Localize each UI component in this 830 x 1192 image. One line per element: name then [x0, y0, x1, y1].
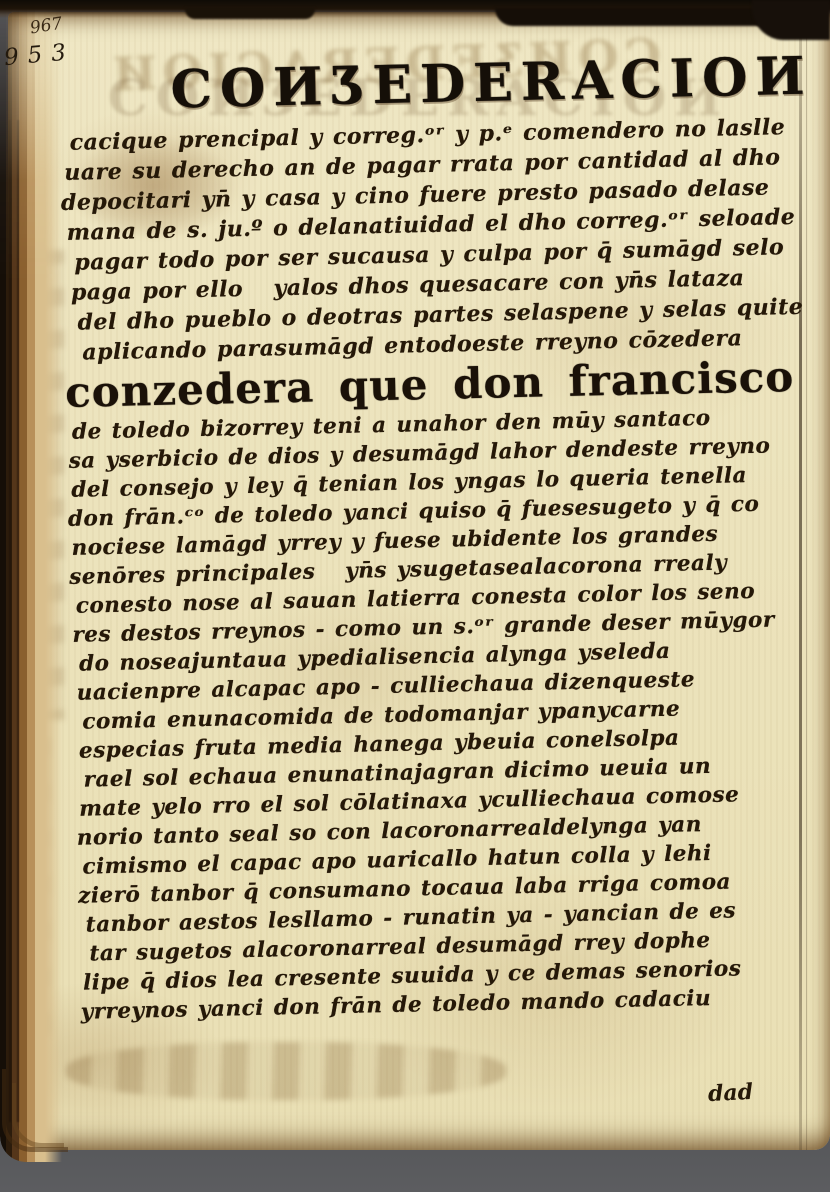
paragraph-2: de toledo bizorrey teni a unahor den mūy… [66, 402, 825, 1027]
bleed-through-bottom-line [66, 1042, 506, 1100]
manuscript-text-block: COИƷEDERACIOИ cacique prencipal y correg… [58, 48, 825, 1027]
binding-seam [17, 120, 19, 1122]
binding-seam [9, 120, 11, 1122]
burned-top-patch [495, 8, 785, 26]
stacked-page-edge [12, 1083, 64, 1148]
page-title: COИƷEDERACIOИ [170, 48, 805, 120]
bottom-right-shading [680, 1050, 830, 1150]
book-binding [0, 0, 62, 1162]
catchword: dad [707, 1079, 753, 1107]
burned-top-patch-small [185, 8, 315, 19]
manuscript-page: COИƷEDERACIOИ COИƷEDERACIOИ 967 953 COИƷ… [8, 12, 830, 1150]
photograph-backdrop: COИƷEDERACIOИ COИƷEDERACIOИ 967 953 COИƷ… [0, 0, 830, 1192]
paragraph-1: cacique prencipal y correg.ᵒʳ y p.ᵉ come… [59, 112, 810, 368]
